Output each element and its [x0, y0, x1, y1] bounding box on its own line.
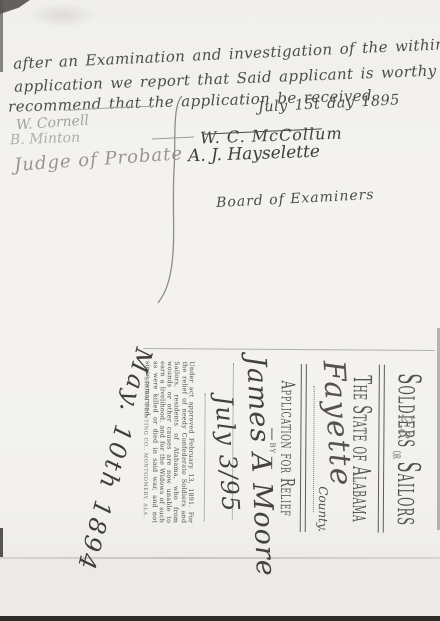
county-row: Fayette County.	[304, 350, 351, 547]
cover-title-word2: Sailors	[390, 461, 426, 526]
date-dotted-line	[204, 393, 206, 521]
page-number: 2.8	[395, 414, 416, 440]
signature-examiner-2: A. J. Hayselette	[188, 142, 321, 167]
county-dotted-line	[313, 386, 315, 512]
cover-title: SoldiersorSailors	[389, 351, 427, 548]
brace-icon	[150, 92, 196, 307]
pencil-smudge	[28, 3, 98, 27]
scan-bottom-edge	[0, 616, 440, 621]
signature-left-2: B. Minton	[10, 130, 81, 148]
county-label: County.	[316, 486, 330, 532]
cover-title-conjunction: or	[389, 450, 405, 458]
paper-edge-left-top	[0, 0, 3, 72]
double-rule	[378, 365, 385, 533]
corner-fold-mark	[0, 0, 30, 14]
paper-below-crease	[0, 559, 440, 616]
double-rule	[300, 364, 307, 532]
board-of-examiners-label: Board of Examiners	[216, 187, 375, 211]
document-scan: after an Examination and investigation o…	[0, 0, 440, 621]
application-for-relief-line: Application for Relief	[276, 350, 299, 547]
filed-date-handwritten: July 3/95	[210, 395, 245, 513]
act-description-text: Under act approved February 13, 1891. Fo…	[143, 361, 195, 523]
application-cover: SoldiersorSailors 2.8 The State of Alaba…	[142, 348, 435, 548]
